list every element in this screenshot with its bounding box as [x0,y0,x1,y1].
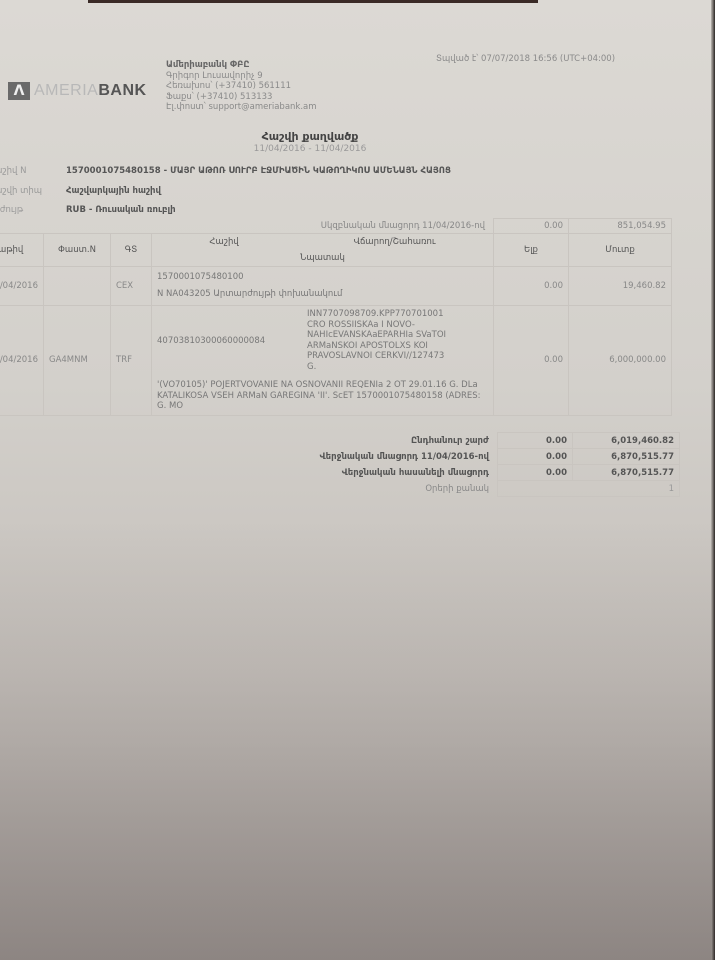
table-row: 11/04/2016 CEX 1570001075480100 N NA0432… [0,267,672,306]
total-debit: 0.00 [498,449,573,465]
bank-contact-info: Ամերիաբանկ ՓԲԸ Գրիգոր Լուսավորիչ 9 Հեռախ… [166,60,317,113]
col-debit: Ելք [494,234,569,267]
photo-shadow [0,520,715,960]
row-account: 40703810300060000084 [157,336,307,346]
paper-edge-shadow [711,0,715,960]
ameria-logo-icon: Λ [8,82,30,100]
days-value: 1 [498,481,680,497]
total-credit: 6,870,515.77 [573,449,680,465]
col-account: Հաշիվ [209,237,238,247]
row-op: CEX [111,267,152,306]
row-op: TRF [111,306,152,416]
row-account: 1570001075480100 [157,269,488,286]
bank-email: Էլ.փոստ՝ support@ameriabank.am [166,102,317,113]
transactions-table: Սկզբնական մնացորդ 11/04/2016-ով 0.00 851… [0,218,672,416]
totals-row: Վերջնական հասանելի մնացորդ 0.00 6,870,51… [200,465,680,481]
table-row: 11/04/2016 GA4MNM TRF 407038103000600000… [0,306,672,416]
col-party: Վճարող/Շահառու [354,237,436,247]
meta-label: Արժույթ [0,205,23,215]
total-debit: 0.00 [498,433,573,449]
total-debit: 0.00 [498,465,573,481]
col-account-party-purpose: Հաշիվ Վճարող/Շահառու Նպատակ [152,234,494,267]
total-credit: 6,870,515.77 [573,465,680,481]
meta-value: 1570001075480158 - ՄԱՅՐ ԱԹՈՌ ՍՈՒՐԲ ԷՋՄԻԱ… [66,166,451,176]
meta-label: Հաշվի տիպ [0,186,42,196]
row-details: 40703810300060000084 INN7707098709.KPP77… [152,306,494,416]
row-date: 11/04/2016 [0,306,44,416]
logo-text: AMERIABANK [34,82,147,100]
ameriabank-logo: Λ AMERIABANK [8,82,147,100]
total-credit: 6,019,460.82 [573,433,680,449]
row-debit: 0.00 [494,306,569,416]
opening-debit: 0.00 [494,219,569,234]
opening-label: Սկզբնական մնացորդ 11/04/2016-ով [0,219,494,234]
col-purpose: Նպատակ [152,247,493,266]
printed-timestamp: Տպված է՝ 07/07/2018 16:56 (UTC+04:00) [436,54,615,64]
row-purpose: N NA043205 Արտարժույթի փոխանակում [157,286,488,303]
meta-value: Հաշվարկային հաշիվ [66,186,161,196]
row-debit: 0.00 [494,267,569,306]
statement-title: Հաշվի քաղվածք [0,130,620,143]
photo-background-strip [88,0,538,3]
bank-address: Գրիգոր Լուսավորիչ 9 [166,71,317,82]
opening-credit: 851,054.95 [569,219,672,234]
total-label: Ընդհանուր շարժ [200,433,498,449]
row-doc [44,267,111,306]
header-row: Ամսաթիվ Փաստ.N ԳՏ Հաշիվ Վճարող/Շահառու Ն… [0,234,672,267]
meta-label: Հաշիվ N [0,166,26,176]
bank-fax: Ֆաքս՝ (+37410) 513133 [166,92,317,103]
col-credit: Մուտք [569,234,672,267]
col-op: ԳՏ [111,234,152,267]
row-details: 1570001075480100 N NA043205 Արտարժույթի … [152,267,494,306]
row-date: 11/04/2016 [0,267,44,306]
totals-table: Ընդհանուր շարժ 0.00 6,019,460.82 Վերջնակ… [200,432,680,497]
row-doc: GA4MNM [44,306,111,416]
bank-phone: Հեռախոս՝ (+37410) 561111 [166,81,317,92]
col-date: Ամսաթիվ [0,234,44,267]
row-credit: 6,000,000.00 [569,306,672,416]
logo-text-light: AMERIA [34,82,98,99]
totals-row: Ընդհանուր շարժ 0.00 6,019,460.82 [200,433,680,449]
days-label: Օրերի քանակ [200,481,498,497]
row-party: INN7707098709.KPP770701001 CRO ROSSIISKA… [307,309,447,372]
row-purpose: '(VO70105)' POJERTVOVANIE NA OSNOVANII R… [157,380,488,412]
total-label: Վերջնական հասանելի մնացորդ [200,465,498,481]
statement-period: 11/04/2016 - 11/04/2016 [0,144,620,154]
total-label: Վերջնական մնացորդ 11/04/2016-ով [200,449,498,465]
bank-name: Ամերիաբանկ ՓԲԸ [166,60,317,71]
opening-balance-row: Սկզբնական մնացորդ 11/04/2016-ով 0.00 851… [0,219,672,234]
col-doc: Փաստ.N [44,234,111,267]
meta-value: RUB - Ռուսական ռուբլի [66,205,176,215]
row-credit: 19,460.82 [569,267,672,306]
days-row: Օրերի քանակ 1 [200,481,680,497]
logo-text-dark: BANK [98,82,146,99]
totals-row: Վերջնական մնացորդ 11/04/2016-ով 0.00 6,8… [200,449,680,465]
